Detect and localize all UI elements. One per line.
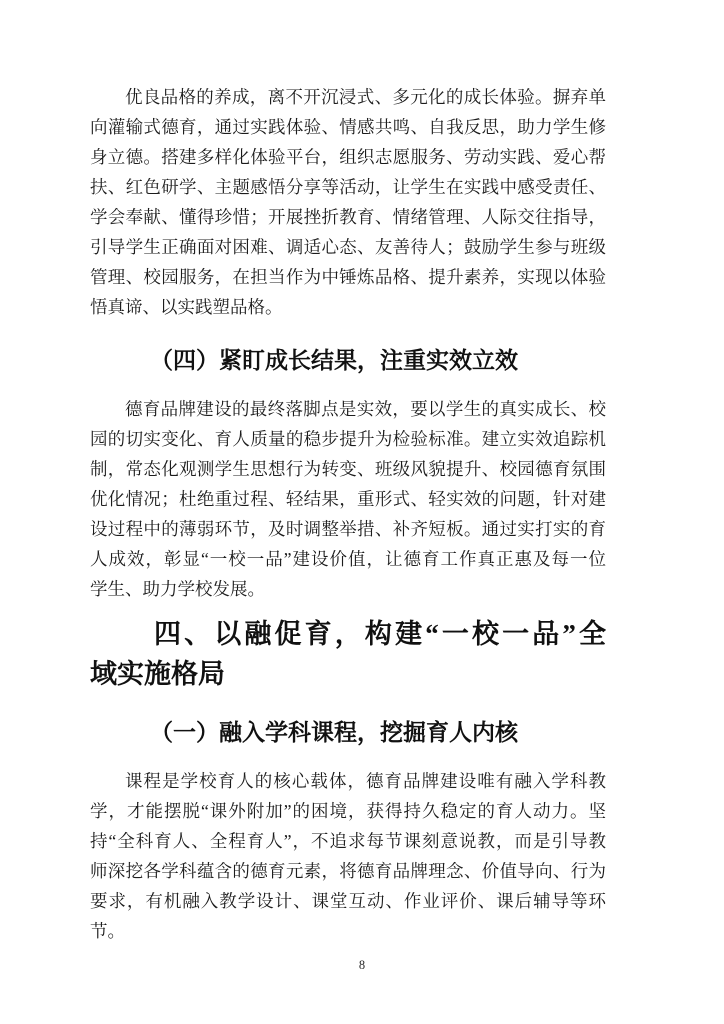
paragraph-line: 悟真谛、以实践塑品格。 (90, 292, 606, 322)
chapter-heading-line: 域实施格局 (90, 654, 606, 694)
paragraph-line: 师深挖各学科蕴含的德育元素，将德育品牌理念、价值导向、行为 (90, 856, 606, 886)
paragraph-curriculum: 课程是学校育人的核心载体，德育品牌建设唯有融入学科教 学，才能摆脱“课外附加”的… (90, 766, 606, 946)
paragraph-line: 优良品格的养成，离不开沉浸式、多元化的成长体验。摒弃单 (90, 82, 606, 112)
paragraph-line: 扶、红色研学、主题感悟分享等活动，让学生在实践中感受责任、 (90, 172, 606, 202)
paragraph-line: 要求，有机融入教学设计、课堂互动、作业评价、课后辅导等环 (90, 886, 606, 916)
page-number: 8 (0, 958, 724, 973)
section-heading-1: （一）融入学科课程，挖掘育人内核 (90, 716, 606, 750)
paragraph-line: 德育品牌建设的最终落脚点是实效，要以学生的真实成长、校 (90, 394, 606, 424)
section-heading-4: （四）紧盯成长结果，注重实效立效 (90, 344, 606, 378)
paragraph-growth-experience: 优良品格的养成，离不开沉浸式、多元化的成长体验。摒弃单 向灌输式德育，通过实践体… (90, 82, 606, 322)
chapter-heading-4: 四、以融促育，构建“一校一品”全 域实施格局 (90, 614, 606, 694)
paragraph-line: 学会奉献、懂得珍惜；开展挫折教育、情绪管理、人际交往指导， (90, 202, 606, 232)
paragraph-line: 制，常态化观测学生思想行为转变、班级风貌提升、校园德育氛围 (90, 454, 606, 484)
chapter-heading-line: 四、以融促育，构建“一校一品”全 (90, 614, 606, 654)
paragraph-line: 身立德。搭建多样化体验平台，组织志愿服务、劳动实践、爱心帮 (90, 142, 606, 172)
text-column: 优良品格的养成，离不开沉浸式、多元化的成长体验。摒弃单 向灌输式德育，通过实践体… (90, 0, 606, 946)
paragraph-line: 人成效，彰显“一校一品”建设价值，让德育工作真正惠及每一位 (90, 544, 606, 574)
paragraph-line: 节。 (90, 916, 606, 946)
paragraph-effectiveness: 德育品牌建设的最终落脚点是实效，要以学生的真实成长、校 园的切实变化、育人质量的… (90, 394, 606, 604)
paragraph-line: 管理、校园服务，在担当作为中锤炼品格、提升素养，实现以体验 (90, 262, 606, 292)
paragraph-line: 课程是学校育人的核心载体，德育品牌建设唯有融入学科教 (90, 766, 606, 796)
paragraph-line: 引导学生正确面对困难、调适心态、友善待人；鼓励学生参与班级 (90, 232, 606, 262)
document-page: 优良品格的养成，离不开沉浸式、多元化的成长体验。摒弃单 向灌输式德育，通过实践体… (0, 0, 724, 1024)
paragraph-line: 学生、助力学校发展。 (90, 574, 606, 604)
paragraph-line: 持“全科育人、全程育人”，不追求每节课刻意说教，而是引导教 (90, 826, 606, 856)
paragraph-line: 设过程中的薄弱环节，及时调整举措、补齐短板。通过实打实的育 (90, 514, 606, 544)
paragraph-line: 优化情况；杜绝重过程、轻结果，重形式、轻实效的问题，针对建 (90, 484, 606, 514)
paragraph-line: 学，才能摆脱“课外附加”的困境，获得持久稳定的育人动力。坚 (90, 796, 606, 826)
paragraph-line: 园的切实变化、育人质量的稳步提升为检验标准。建立实效追踪机 (90, 424, 606, 454)
paragraph-line: 向灌输式德育，通过实践体验、情感共鸣、自我反思，助力学生修 (90, 112, 606, 142)
